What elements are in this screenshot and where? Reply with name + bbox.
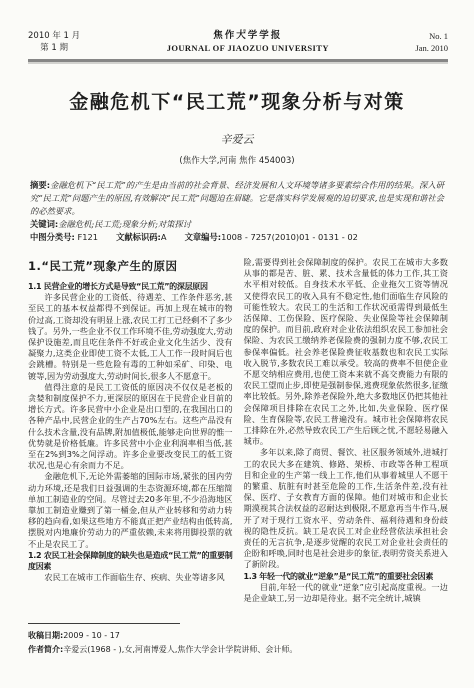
body-paragraph: 金融危机下,无论外需萎缩的国际市场,紧张的国内劳动力环境,还是我们日益强调的生态… <box>28 471 233 549</box>
author-bio-line: 作者简介:辛爱云(1968 - ),女,河南博爱人,焦作大学会计学院讲师、会计师… <box>28 643 448 657</box>
header-issue-block-cn: 2010 年 1 月 第 1 期 <box>28 30 80 54</box>
body-paragraph: 险,需要得到社会保障制度的保护。农民工在城市大多数从事的都是苦、脏、累、技术含量… <box>244 257 449 447</box>
footnote-rule <box>28 623 180 624</box>
received-date-line: 收稿日期:2009 - 10 - 17 <box>28 629 448 643</box>
body-paragraph: 多年以来,除了商贸、餐饮、社区服务领域外,进城打工的农民大多在建筑、修路、架桥、… <box>244 447 449 570</box>
abstract-text: 摘要:金融危机下“民工荒”的产生是由当前的社会背景、经济发展和人文环境等诸多要素… <box>30 179 444 218</box>
abstract-block: 摘要:金融危机下“民工荒”的产生是由当前的社会背景、经济发展和人文环境等诸多要素… <box>30 179 444 244</box>
keywords-content: 金融危机;民工荒;现象分析;对策探讨 <box>58 219 191 229</box>
journal-header: 2010 年 1 月 第 1 期 焦作大学学报 JOURNAL OF JIAOZ… <box>0 0 474 57</box>
keywords-line: 关键词:金融危机;民工荒;现象分析;对策探讨 <box>30 218 444 231</box>
article-id-value: 1008 - 7257(2010)01 - 0131 - 02 <box>221 232 358 242</box>
received-date-label: 收稿日期: <box>28 631 63 640</box>
body-paragraph: 值得注意的是民工工资低的原因决不仅仅是老板的贪婪和制度保护不力,更深层的原因在于… <box>28 382 233 472</box>
issue-date-en: Jan. 2010 <box>415 42 448 54</box>
clc-label: 中图分类号: <box>30 232 75 242</box>
section-heading: 1.“民工荒”现象产生的原因 <box>28 259 233 274</box>
doc-code-label: 文献标识码: <box>116 232 161 242</box>
journal-name-en: JOURNAL OF JIAOZUO UNIVERSITY <box>167 42 329 54</box>
header-rule <box>28 59 448 62</box>
author-name: 辛爱云 <box>0 131 474 147</box>
body-paragraph: 许多民营企业的工资低、待遇差、工作条件恶劣,甚至民工的基本权益都得不到保证。再加… <box>28 292 233 382</box>
received-date-value: 2009 - 10 - 17 <box>63 631 120 640</box>
header-issue-block-en: No. 1 Jan. 2010 <box>415 30 448 54</box>
journal-name-cn: 焦作大学学报 <box>167 30 329 42</box>
author-bio-value: 辛爱云(1968 - ),女,河南博爱人,焦作大学会计学院讲师、会计师。 <box>63 645 297 654</box>
footnote-block: 收稿日期:2009 - 10 - 17 作者简介:辛爱云(1968 - ),女,… <box>28 623 448 656</box>
section-heading: 1.3 年轻一代的就业“逆象”是“民工荒”的重要社会因素 <box>244 571 449 582</box>
issue-number-en: No. 1 <box>415 30 448 42</box>
section-heading: 1.1 民营企业的增长方式是导致“民工荒”的深层原因 <box>28 281 233 292</box>
body-columns: 1.“民工荒”现象产生的原因1.1 民营企业的增长方式是导致“民工荒”的深层原因… <box>0 257 474 604</box>
journal-name-block: 焦作大学学报 JOURNAL OF JIAOZUO UNIVERSITY <box>167 30 329 54</box>
body-paragraph: 目前,年轻一代的就业“逆象”应引起高度重视。一边是企业缺工,另一边却是待业。据不… <box>244 582 449 604</box>
article-title: 金融危机下“民工荒”现象分析与对策 <box>0 87 474 114</box>
journal-page: 2010 年 1 月 第 1 期 焦作大学学报 JOURNAL OF JIAOZ… <box>0 0 474 688</box>
scan-speckle <box>243 29 246 32</box>
issue-number-cn: 第 1 期 <box>28 42 80 54</box>
doc-code-value: A <box>161 232 167 242</box>
article-id-label: 文章编号: <box>185 232 222 242</box>
issue-date-cn: 2010 年 1 月 <box>28 30 80 42</box>
author-affiliation: (焦作大学,河南 焦作 454003) <box>0 154 474 166</box>
left-column: 1.“民工荒”现象产生的原因1.1 民营企业的增长方式是导致“民工荒”的深层原因… <box>28 257 233 604</box>
right-column: 险,需要得到社会保障制度的保护。农民工在城市大多数从事的都是苦、脏、累、技术含量… <box>244 257 449 604</box>
keywords-label: 关键词: <box>30 219 58 229</box>
body-paragraph: 农民工在城市工作面临生存、疾病、失业等诸多风 <box>28 572 233 583</box>
section-heading: 1.2 农民工社会保障制度的缺失也是造成“民工荒”的重要制度因素 <box>28 550 233 572</box>
abstract-content: 金融危机下“民工荒”的产生是由当前的社会背景、经济发展和人文环境等诸多要素综合作… <box>30 180 444 216</box>
clc-value: F121 <box>77 232 98 242</box>
author-bio-label: 作者简介: <box>28 645 63 654</box>
abstract-label: 摘要: <box>30 180 50 190</box>
classification-line: 中图分类号: F121文献标识码:A文章编号:1008 - 7257(2010)… <box>30 231 444 244</box>
